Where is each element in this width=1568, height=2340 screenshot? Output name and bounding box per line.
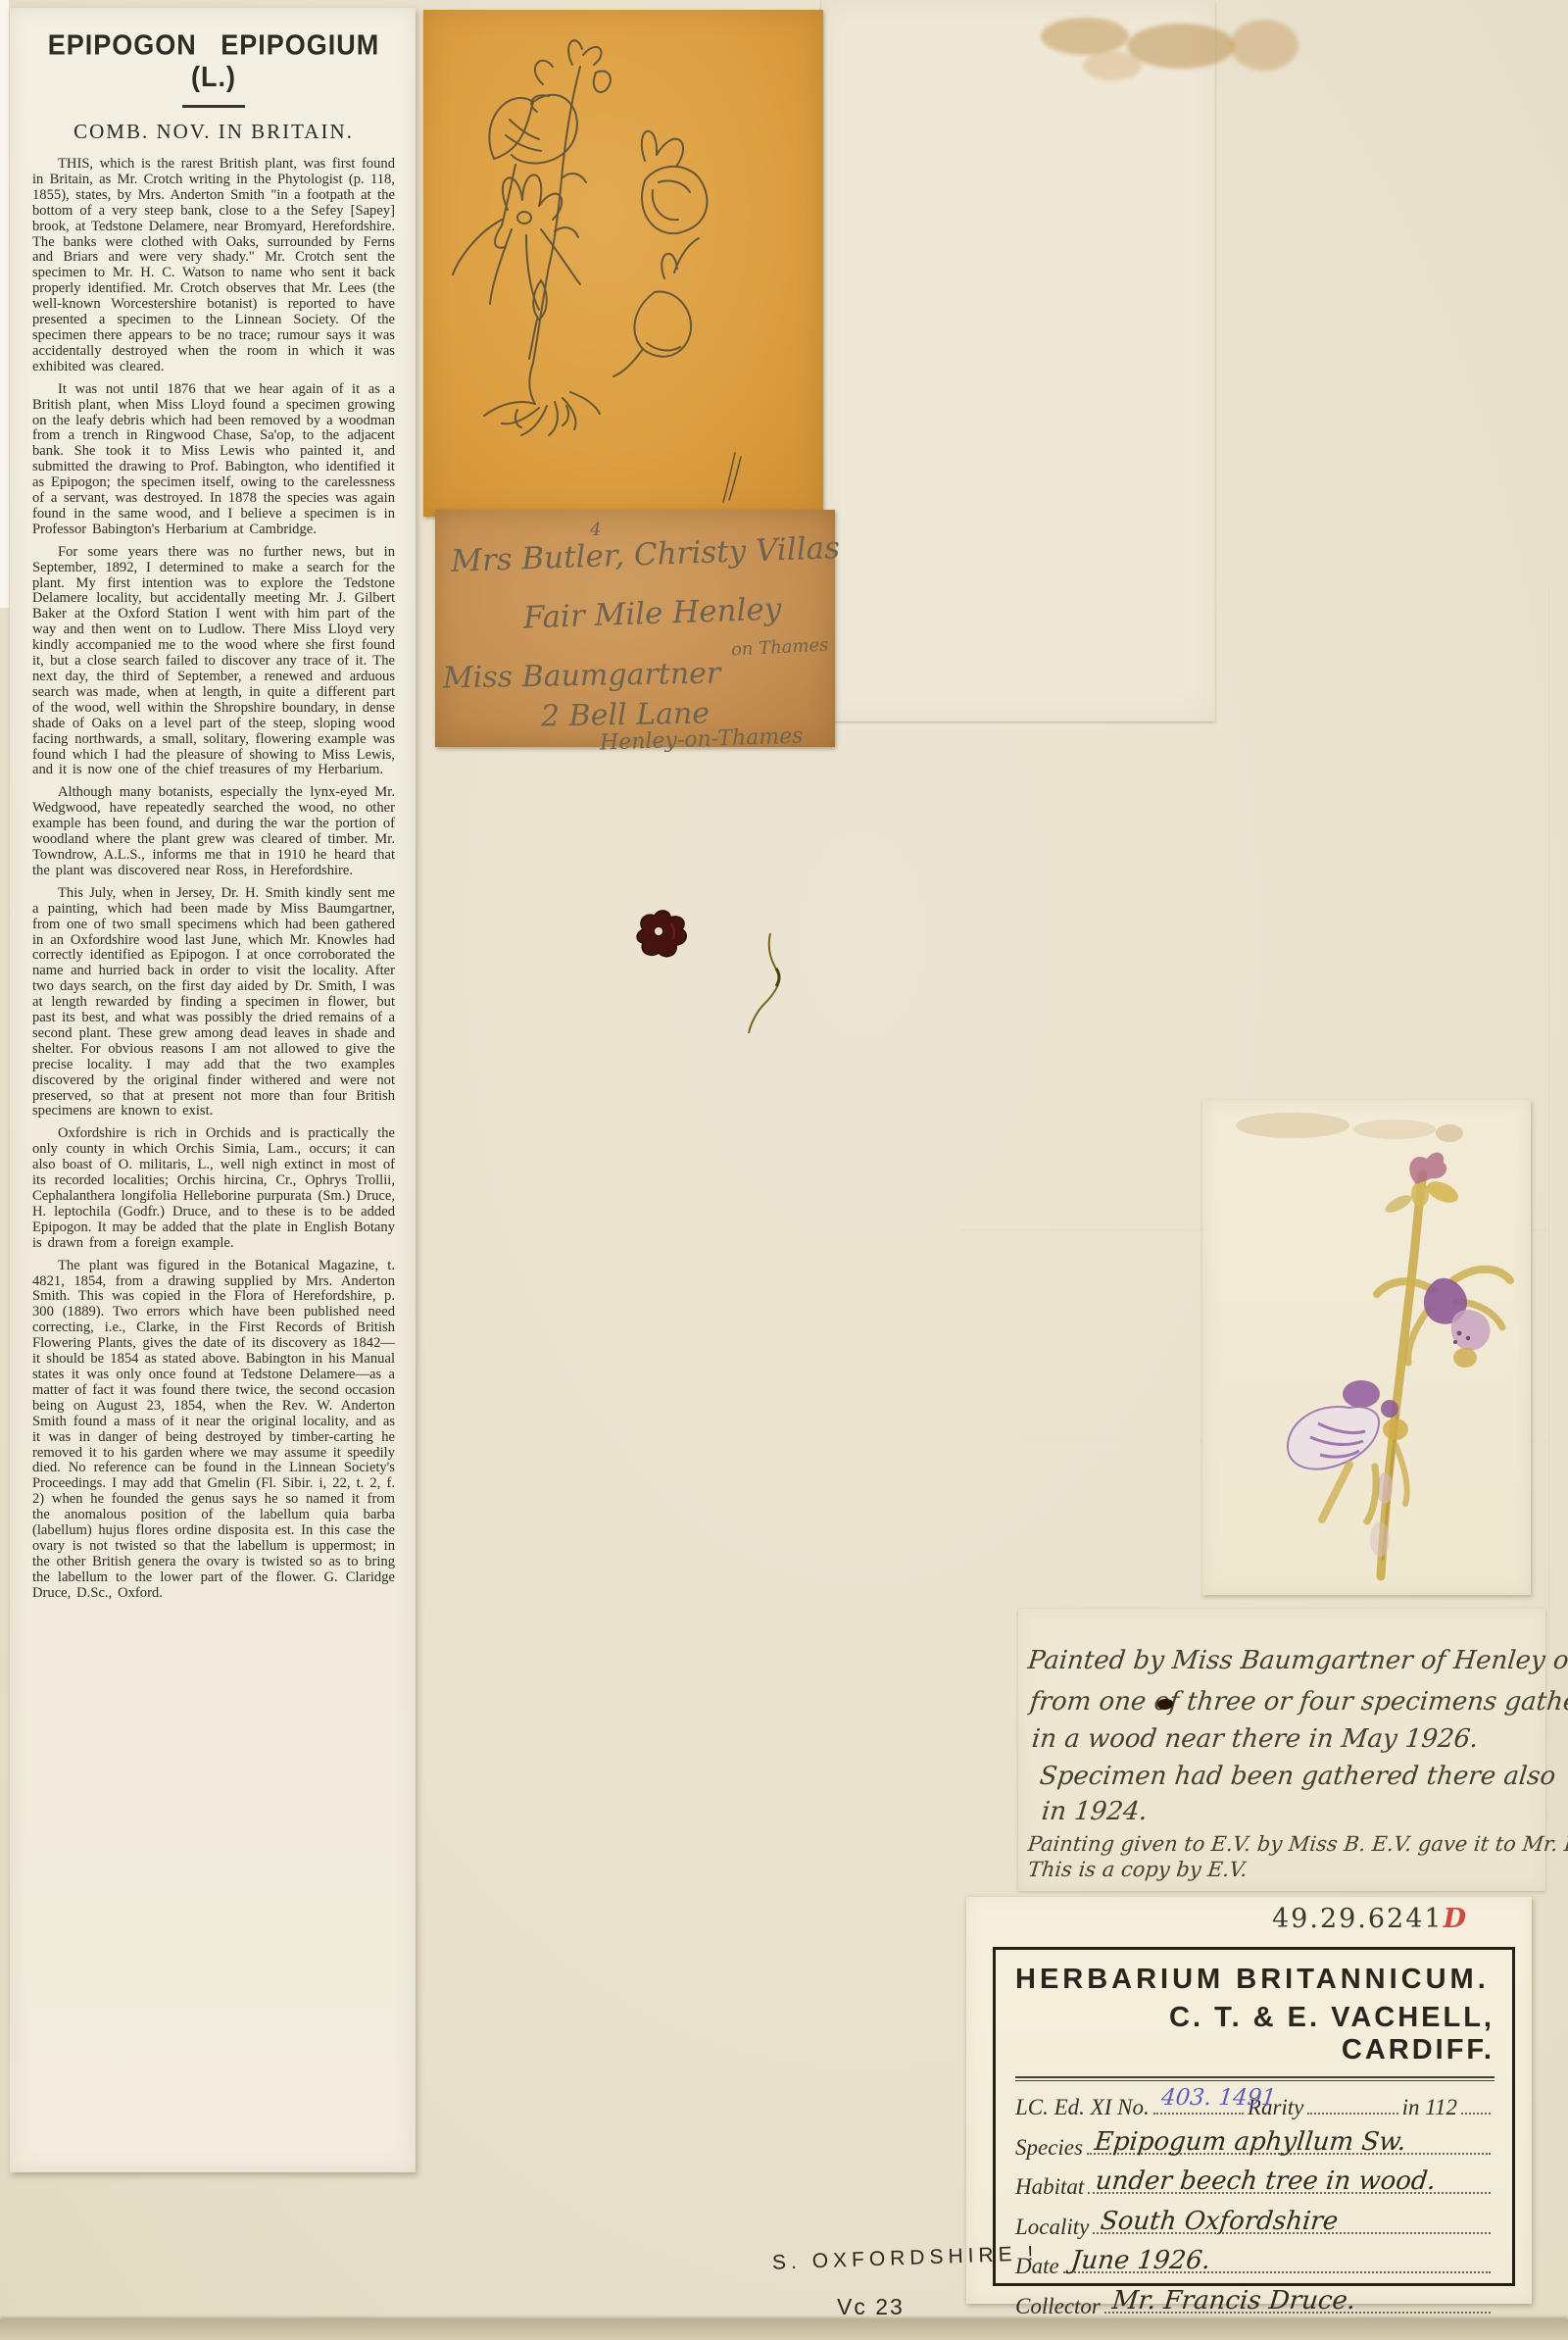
clipping-paragraph: For some years there was no further news… [32,545,395,779]
rarity-field [1307,2089,1397,2115]
locality-value: South Oxfordshire [1100,2207,1340,2236]
rarity-value: in 112 [1402,2095,1457,2120]
address-line: on Thames [731,634,829,660]
habitat-label: Habitat [1015,2174,1084,2200]
sheet-bottom-edge [0,2319,1568,2340]
accession-suffix: D [1444,1904,1468,1934]
provenance-line: Specimen had been gathered there also [1038,1762,1556,1791]
clipping-title: EPIPOGON EPIPOGIUM (L.) [32,29,395,93]
collector-field: Mr. Francis Druce. [1104,2288,1491,2314]
pencil-orchid-sketch [423,10,823,517]
paper-crease [1548,588,1551,1667]
clipping-paragraph: The plant was figured in the Botanical M… [32,1259,395,1602]
label-double-rule [1015,2076,1494,2081]
provenance-line: Painting given to E.V. by Miss B. E.V. g… [1027,1832,1568,1856]
date-value: June 1926. [1069,2246,1211,2275]
species-field: Epipogum aphyllum Sw. [1087,2129,1491,2155]
glue-stain [1127,24,1235,69]
habitat-value: under beech tree in wood. [1095,2166,1438,2196]
address-line: Fair Mile Henley [522,591,781,635]
glue-stain [1083,51,1142,80]
newspaper-clipping: EPIPOGON EPIPOGIUM (L.) COMB. NOV. IN BR… [10,8,416,2172]
glue-stain [1230,20,1298,71]
collector-value: Mr. Francis Druce. [1110,2286,1356,2315]
species-label: Species [1015,2135,1083,2161]
label-row-locality: Locality South Oxfordshire [1015,2209,1494,2249]
lc-number-field: 403. 1491 [1153,2089,1244,2115]
label-row-habitat: Habitat under beech tree in wood. [1015,2168,1494,2209]
watercolor-painting [1202,1100,1531,1595]
collector-label: Collector [1015,2294,1101,2319]
herbarium-label: HERBARIUM BRITANNICUM. C. T. & E. VACHEL… [993,1947,1515,2286]
vice-county-annotation: Vc 23 [837,2294,905,2320]
clipping-title-rule [182,105,245,108]
label-heading: HERBARIUM BRITANNICUM. [1015,1964,1494,1996]
rarity-tail [1461,2089,1491,2115]
address-line: Miss Baumgartner [443,657,721,696]
provenance-line: from one of three or four specimens gath… [1028,1687,1568,1717]
clipping-subtitle: COMB. NOV. IN BRITAIN. [32,120,395,144]
clipping-paragraph: This July, when in Jersey, Dr. H. Smith … [32,886,395,1120]
address-line: Mrs Butler, Christy Villas [450,530,840,579]
watercolor-orchid [1202,1100,1531,1595]
label-row-species: Species Epipogum aphyllum Sw. [1015,2129,1494,2169]
clipping-body: THIS, which is the rarest British plant,… [32,157,395,1602]
glue-stain [1041,18,1129,55]
specimen-fragment [625,904,702,967]
address-note: Mrs Butler, Christy Villas 4 Fair Mile H… [435,510,835,747]
clipping-paragraph: Oxfordshire is rich in Orchids and is pr… [32,1126,395,1251]
sheet-left-edge [0,0,9,608]
accession-number: 49.29.6241D [1272,1904,1468,1934]
plant-fiber [733,929,792,1037]
tracing-paper [423,10,823,517]
provenance-line: This is a copy by E.V. [1027,1858,1249,1881]
address-insert: 4 [590,520,601,540]
clipping-paragraph: It was not until 1876 that we hear again… [32,382,395,538]
locality-field: South Oxfordshire [1093,2209,1491,2234]
label-subheading: C. T. & E. VACHELL, CARDIFF. [1015,2002,1494,2066]
provenance-line: Painted by Miss Baumgartner of Henley on… [1026,1646,1568,1675]
herbarium-sheet-scan: EPIPOGON EPIPOGIUM (L.) COMB. NOV. IN BR… [0,0,1568,2340]
herbarium-sheet: EPIPOGON EPIPOGIUM (L.) COMB. NOV. IN BR… [0,0,1568,2340]
label-row-date: Date June 1926. [1015,2248,1494,2288]
habitat-field: under beech tree in wood. [1088,2168,1491,2194]
provenance-line: in 1924. [1040,1797,1149,1826]
species-value: Epipogum aphyllum Sw. [1093,2127,1407,2157]
provenance-line: in a wood near there in May 1926. [1030,1724,1480,1754]
backing-paper [821,0,1215,722]
label-row-number: LC. Ed. XI No. 403. 1491 Rarity in 112 [1015,2089,1494,2129]
clipping-paragraph: Although many botanists, especially the … [32,785,395,878]
lc-ed-label: LC. Ed. XI No. [1015,2095,1150,2120]
provenance-note: Painted by Miss Baumgartner of Henley on… [1018,1609,1545,1891]
accession-digits: 49.29.6241 [1272,1904,1444,1934]
locality-label: Locality [1015,2215,1089,2240]
clipping-paragraph: THIS, which is the rarest British plant,… [32,157,395,375]
lc-number-value: 403. 1491 [1159,2085,1277,2111]
date-field: June 1926. [1063,2248,1491,2273]
